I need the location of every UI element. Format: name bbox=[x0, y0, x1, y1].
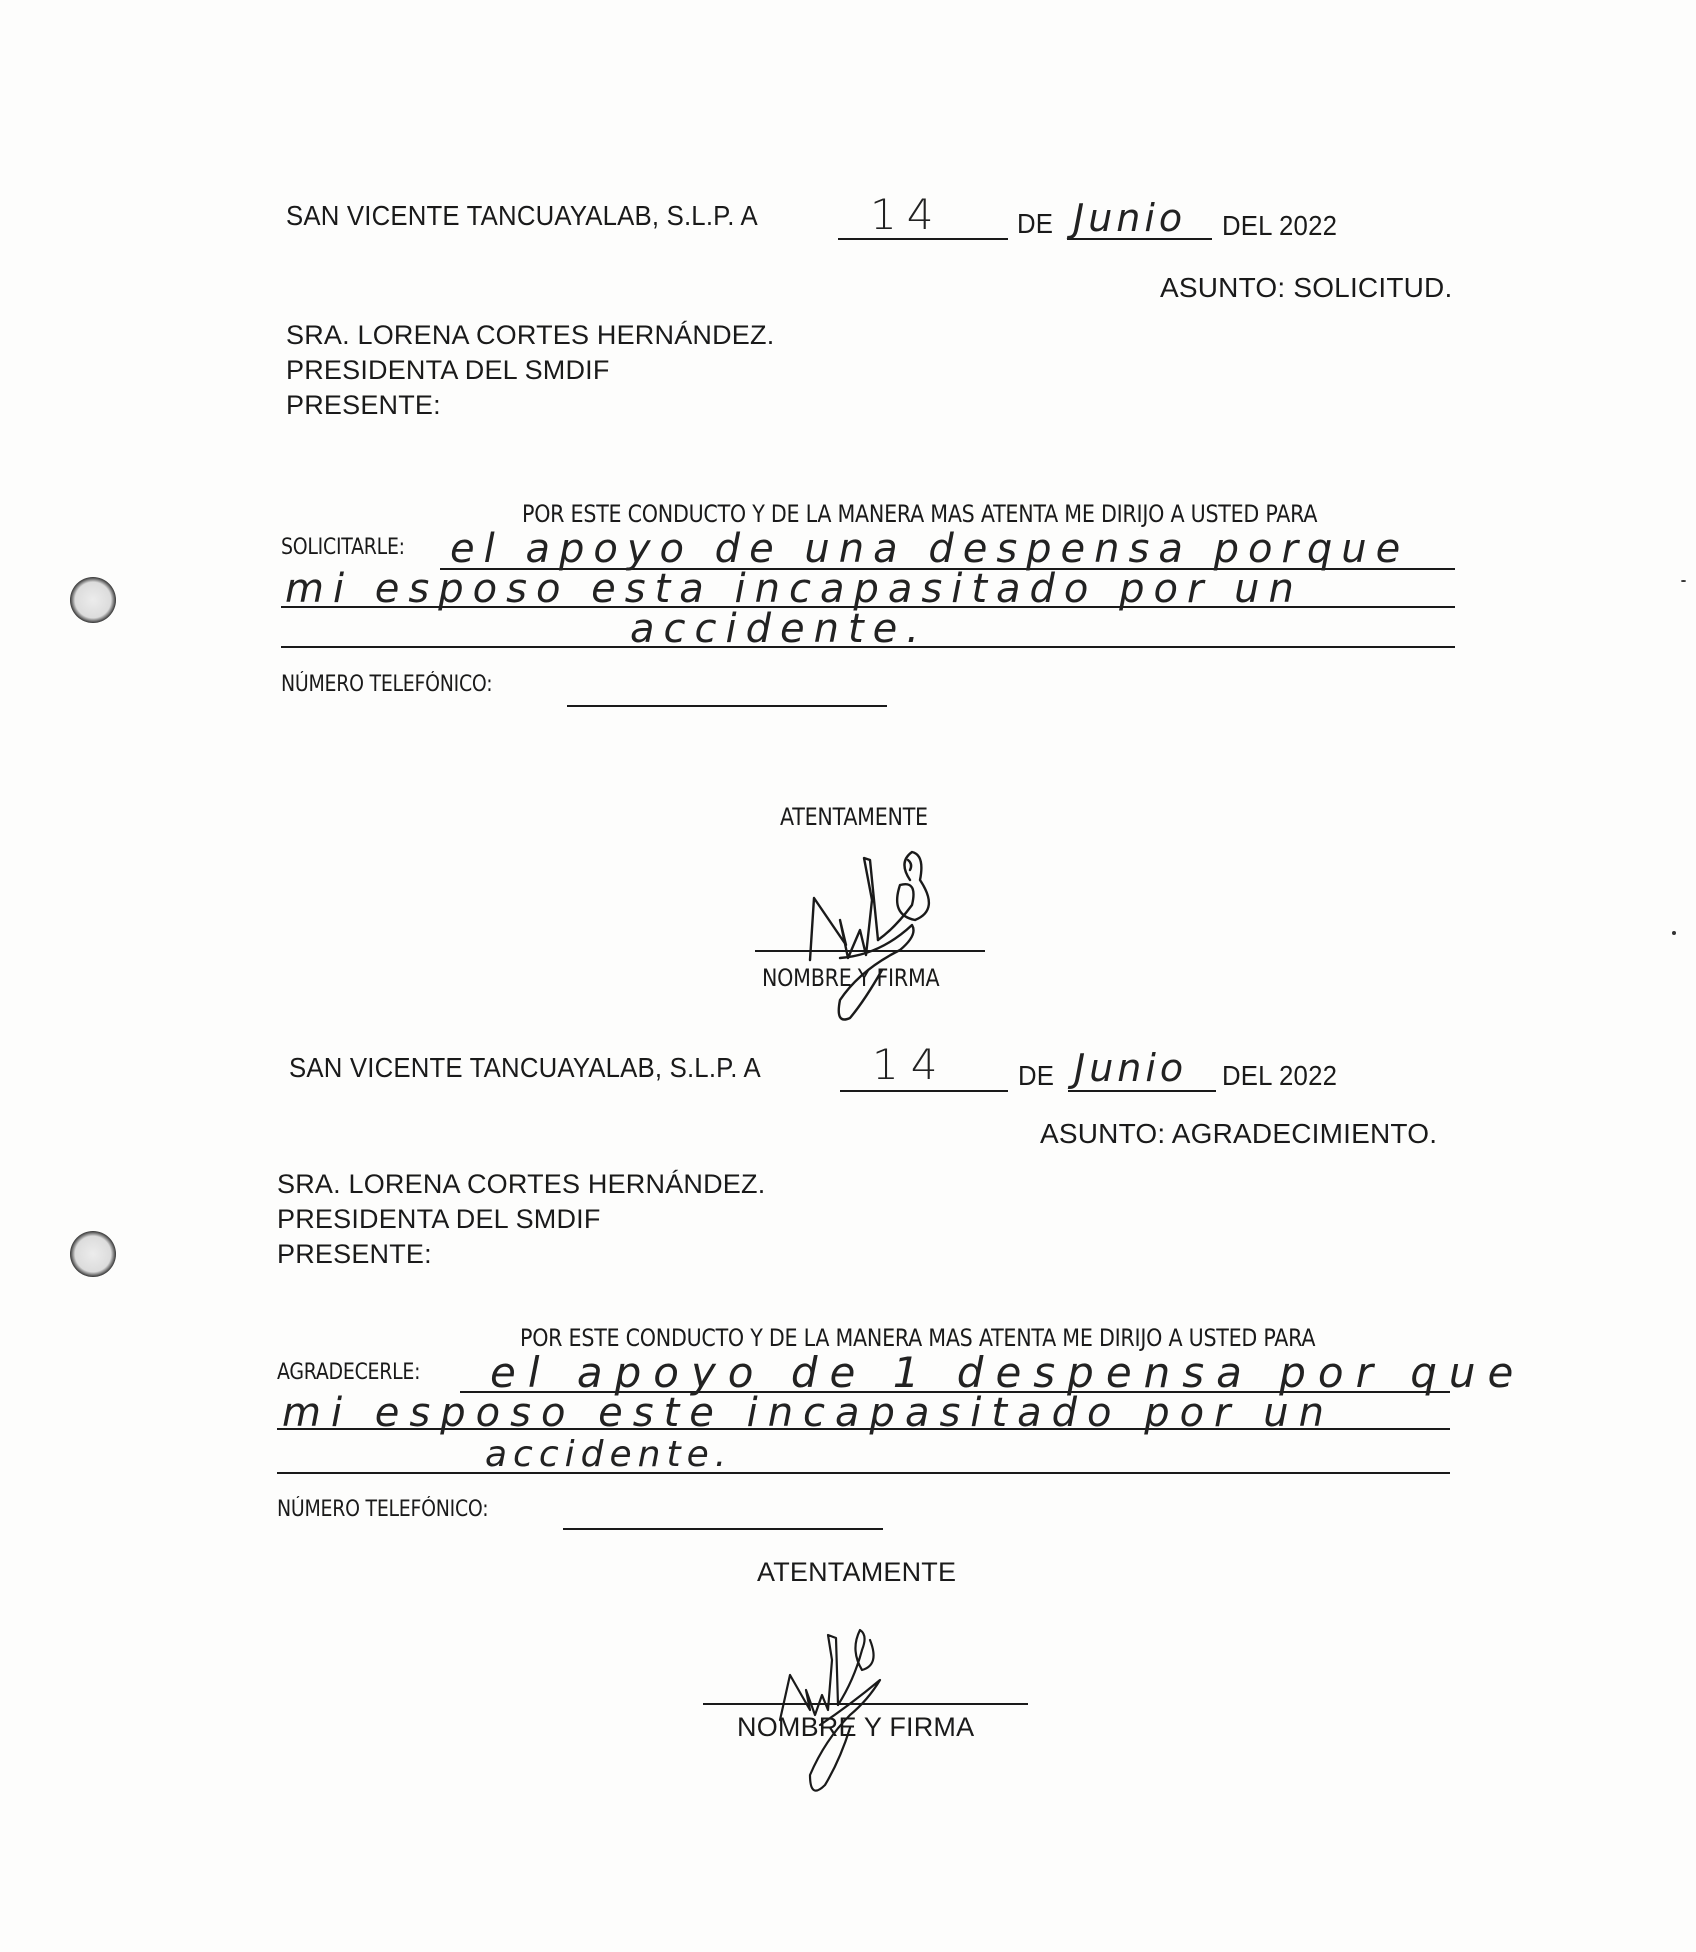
scan-speck bbox=[1672, 931, 1676, 935]
year-suffix: DEL 2022 bbox=[1222, 210, 1337, 242]
subject: ASUNTO: SOLICITUD. bbox=[1160, 272, 1452, 304]
de-label: DE bbox=[1017, 208, 1053, 240]
closing-text: ATENTAMENTE bbox=[780, 803, 928, 831]
place-date-prefix: SAN VICENTE TANCUAYALAB, S.L.P. A bbox=[286, 200, 758, 232]
recipient-name: SRA. LORENA CORTES HERNÁNDEZ. bbox=[277, 1169, 765, 1200]
signature-icon bbox=[770, 1610, 970, 1810]
body-text-line-3[interactable]: accidente. bbox=[630, 606, 928, 652]
body-label: SOLICITARLE: bbox=[281, 535, 405, 560]
signature-label: NOMBRE Y FIRMA bbox=[762, 964, 939, 992]
body-line-3 bbox=[277, 1472, 1450, 1474]
phone-field-line[interactable] bbox=[567, 705, 887, 707]
intro-text: POR ESTE CONDUCTO Y DE LA MANERA MAS ATE… bbox=[522, 500, 1317, 528]
subject: ASUNTO: AGRADECIMIENTO. bbox=[1040, 1118, 1437, 1150]
signature-icon bbox=[800, 840, 1000, 1040]
month-blank-line bbox=[1068, 1090, 1216, 1092]
month-value[interactable]: Junio bbox=[1074, 1046, 1187, 1090]
year-suffix: DEL 2022 bbox=[1222, 1060, 1337, 1092]
recipient-title: PRESIDENTA DEL SMDIF bbox=[277, 1204, 601, 1235]
hole-punch-icon bbox=[70, 577, 116, 623]
body-label: AGRADECERLE: bbox=[277, 1360, 420, 1385]
recipient-name: SRA. LORENA CORTES HERNÁNDEZ. bbox=[286, 320, 774, 351]
signature-label: NOMBRE Y FIRMA bbox=[737, 1712, 974, 1743]
recipient-greeting: PRESENTE: bbox=[286, 390, 441, 421]
recipient-title: PRESIDENTA DEL SMDIF bbox=[286, 355, 610, 386]
closing-text: ATENTAMENTE bbox=[757, 1557, 956, 1588]
phone-field-line[interactable] bbox=[563, 1528, 883, 1530]
day-value[interactable]: 14 bbox=[872, 1040, 949, 1089]
day-blank-line bbox=[840, 1090, 1008, 1092]
hole-punch-icon bbox=[70, 1231, 116, 1277]
body-text-line-2[interactable]: mi esposo este incapasitado por un bbox=[282, 1390, 1334, 1436]
phone-label: NÚMERO TELEFÓNICO: bbox=[281, 672, 492, 697]
month-value[interactable]: Junio bbox=[1073, 196, 1186, 240]
recipient-greeting: PRESENTE: bbox=[277, 1239, 432, 1270]
day-value[interactable]: 14 bbox=[870, 190, 943, 239]
de-label: DE bbox=[1018, 1060, 1054, 1092]
scan-speck bbox=[1681, 580, 1686, 582]
body-text-line-3[interactable]: accidente. bbox=[485, 1434, 732, 1475]
phone-label: NÚMERO TELEFÓNICO: bbox=[277, 1497, 488, 1522]
place-date-prefix: SAN VICENTE TANCUAYALAB, S.L.P. A bbox=[289, 1052, 761, 1084]
